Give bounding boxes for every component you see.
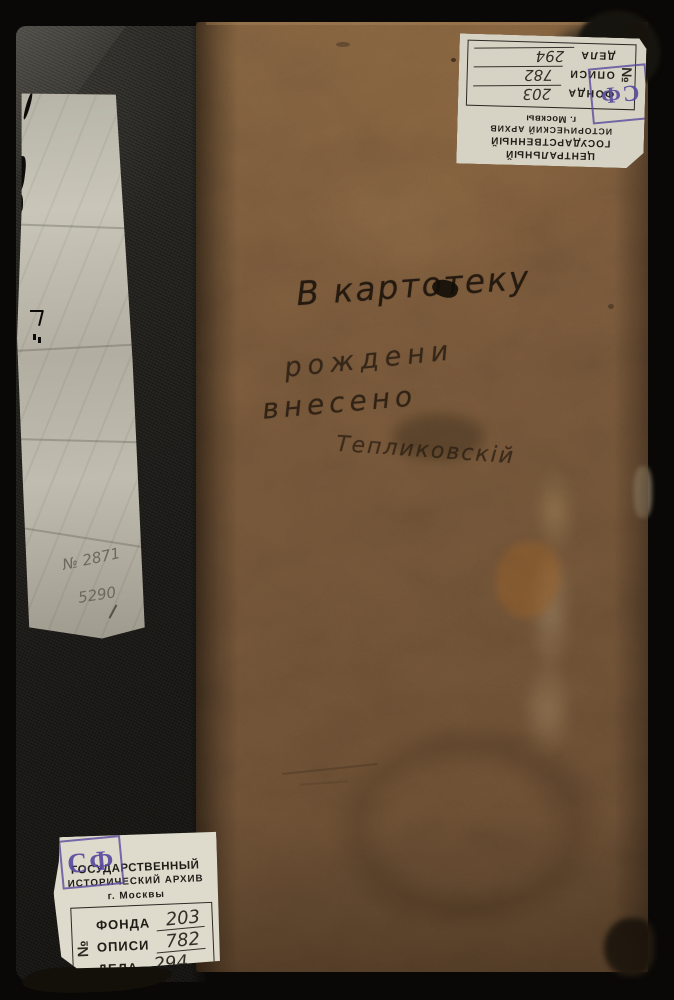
pencil-number-1: № 2871: [61, 544, 122, 574]
pencil-stroke: [109, 604, 118, 618]
thread-mark: [22, 92, 34, 120]
photo-background: № 2871 5290 В картотеку рождени внесено …: [0, 0, 674, 1000]
field-row: ОПИСИ 782: [96, 928, 205, 955]
field-label: ДЕЛА: [580, 49, 616, 62]
numero-sign: №: [74, 940, 92, 957]
pencil-number-2: 5290: [77, 583, 118, 607]
field-value-handwritten: 294: [474, 47, 574, 64]
field-value-handwritten: 203: [473, 85, 561, 102]
sf-ink-stamp: СФ: [588, 63, 651, 124]
pen-mark: [38, 310, 44, 326]
crease: [15, 526, 144, 548]
sf-ink-stamp: СФ: [58, 835, 124, 890]
pen-mark: [38, 337, 41, 343]
field-label: ОПИСИ: [97, 937, 150, 954]
archive-label-top: ЦЕНТРАЛЬНЫЙ ГОСУДАРСТВЕННЫЙ ИСТОРИЧЕСКИЙ…: [456, 33, 647, 168]
archive-label-bottom: СФ ГОСУДАРСТВЕННЫЙ ИСТОРИЧЕСКИЙ АРХИВ г.…: [51, 831, 221, 971]
field-value-handwritten: 782: [474, 66, 563, 83]
field-label: ФОНДА: [96, 915, 151, 932]
pen-mark: [33, 334, 36, 340]
